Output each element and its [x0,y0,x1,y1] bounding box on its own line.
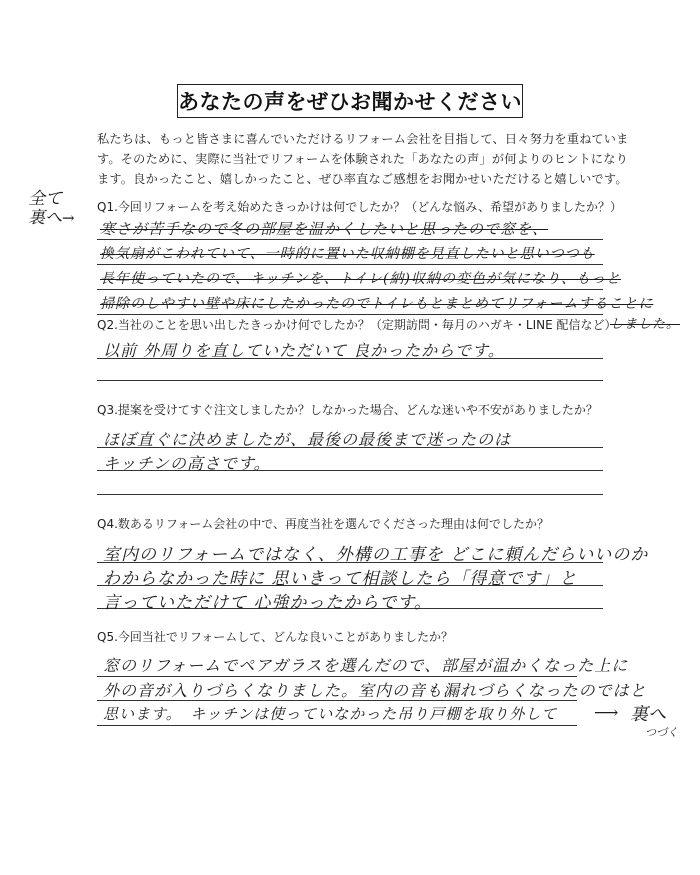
answer-rule [97,725,577,726]
answer-5-line-2: 外の音が入りづらくなりました。室内の音も漏れづらくなったのではと [103,678,647,701]
intro-line: 私たちは、もっと皆さまに喜んでいただけるリフォーム会社を目指して、日々努力を重ね… [97,129,617,149]
answer-2-line-1: 以前 外周りを直していただいて 良かったからです。 [103,338,505,361]
answer-rule [97,494,603,495]
answer-rule [97,314,603,315]
title-box: あなたの声をぜひお聞かせください [177,84,523,118]
continue-arrow-icon: ⟶ [594,703,618,723]
answer-rule [97,289,603,290]
answer-1-line-1: 寒さが苦手なので冬の部屋を温かくしたいと思ったので窓を、 [100,218,548,239]
page-title: あなたの声をぜひお聞かせください [178,86,522,116]
answer-1-line-4: 掃除のしやすい壁や床にしたかったのでトイレもとまとめてリフォームすることに [100,293,653,313]
answer-5-line-3: 思います。 キッチンは使っていなかった吊り戸棚を取り外して [103,703,557,724]
question-4-label: Q4.数あるリフォーム会社の中で、再度当社を選んでくださった理由は何でしたか？ [97,515,549,532]
arrow-right-icon: → [62,209,75,227]
answer-1-line-2: 換気扇がこわれていて、一時的に置いた収納棚を見直したいと思いつつも [100,243,595,263]
intro-line: す。そのために、実際に当社でリフォームを体験された「あなたの声」が何よりのヒント… [97,149,617,169]
answer-4-line-3: 言っていただけて 心強かったからです。 [103,588,432,613]
answer-1-tail: しました。 [610,313,680,332]
question-5-label: Q5.今回当社でリフォームして、どんな良いことがありましたか？ [97,628,453,645]
answer-rule [97,264,603,265]
intro-paragraph: 私たちは、もっと皆さまに喜んでいただけるリフォーム会社を目指して、日々努力を重ね… [97,129,617,189]
continue-note-main: 裏へ [630,700,666,726]
margin-note-line1: 全て [28,190,75,209]
answer-rule [97,239,603,240]
question-3-label: Q3.提案を受けてすぐ注文しましたか？しなかった場合、どんな迷いや不安がありまし… [97,401,598,418]
intro-line: ます。良かったこと、嬉しかったこと、ぜひ率直なご感想をお聞かせいただけると嬉しい… [97,169,617,189]
answer-3-line-1: ほぼ直ぐに決めましたが、最後の最後まで迷ったのは [103,427,511,450]
margin-note: 全て 裏へ→ [28,190,75,228]
continue-note-sub: つづく [645,724,678,740]
answer-3-line-2: キッチンの高さです。 [103,451,271,474]
answer-1-line-3: 長年使っていたので、キッチンを、トイレ(納)収納の変色が気になり、もっと [100,268,621,288]
question-2-label: Q2.当社のことを思い出したきっかけ何でしたか？（定期訪問・毎月のハガキ・LIN… [97,316,617,333]
margin-note-line2: 裏へ→ [28,209,75,228]
answer-4-line-1: 室内のリフォームではなく、外構の工事を どこに頼んだらいいのか [103,540,648,565]
answer-rule [97,380,603,381]
answer-rule [97,676,577,677]
question-1-label: Q1.今回リフォームを考え始めたきっかけは何でしたか？（どんな悩み、希望がありま… [97,198,622,215]
answer-5-line-1: 窓のリフォームでペアガラスを選んだので、部屋が温かくなった上に [103,653,628,676]
answer-4-line-2: わからなかった時に 思いきって相談したら「得意です」と [103,564,577,589]
